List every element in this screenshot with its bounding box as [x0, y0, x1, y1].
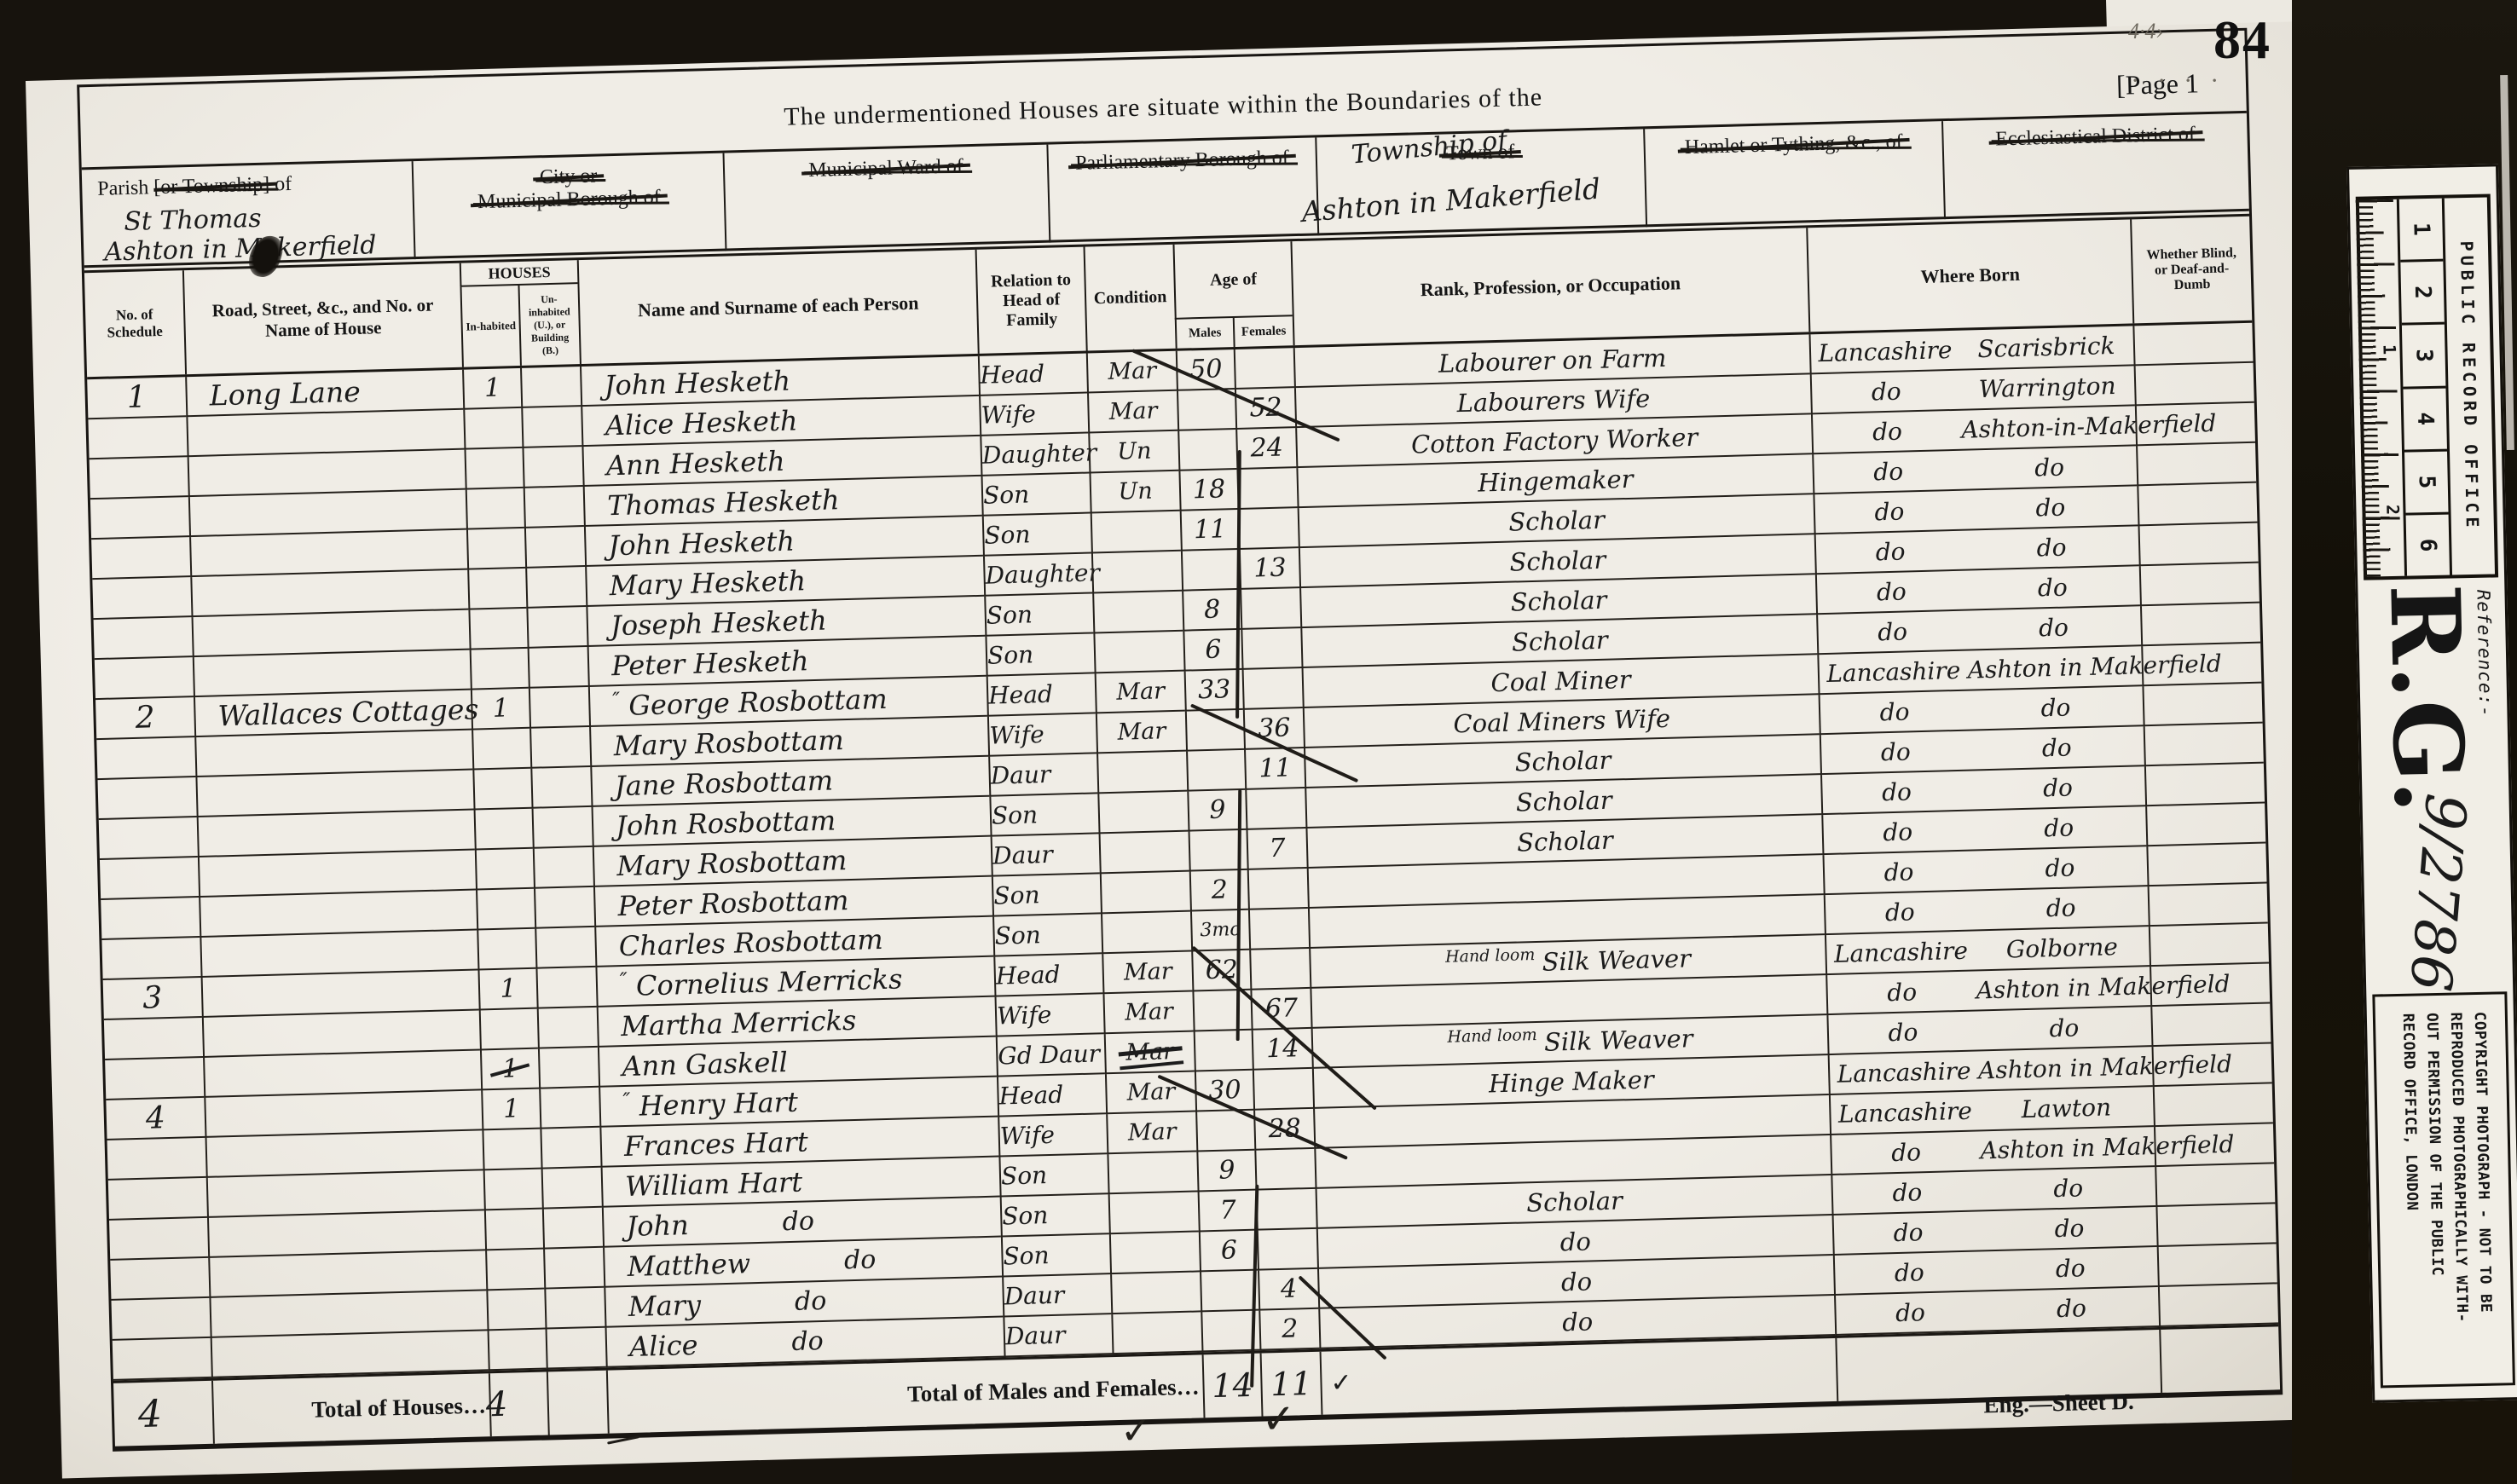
cell-blind — [2141, 644, 2261, 687]
schedule-number: 2 — [135, 700, 155, 736]
cell-uninhabited — [535, 927, 595, 969]
cell-age-female — [1254, 1149, 1315, 1191]
cell-schedule — [107, 1138, 206, 1181]
cell-schedule: 2 — [95, 697, 194, 740]
cell-uninhabited — [532, 807, 593, 849]
col-age-group: Age of — [1172, 241, 1292, 320]
condition: Mar — [1124, 958, 1172, 985]
born-place: do — [1965, 571, 2140, 603]
born-place: do — [1966, 611, 2141, 644]
cell-condition: Mar — [1102, 992, 1193, 1035]
cell-blind — [2155, 1204, 2276, 1247]
cell-inhabited — [483, 1169, 542, 1211]
census-page: The undermentioned Houses are situate wi… — [26, 21, 2336, 1478]
cell-age-female — [1249, 949, 1310, 990]
boundary-ward: Municipal Ward of — [722, 145, 1049, 251]
cell-relation: Gd Daur — [996, 1034, 1105, 1077]
cell-relation: Head — [997, 1074, 1106, 1117]
age-female: 4 — [1281, 1273, 1298, 1303]
ruler-box: PUBLIC RECORD OFFICE 1 2 3 4 5 6 1 2 — [2356, 193, 2498, 580]
cell-blind — [2152, 1043, 2272, 1087]
cell-schedule: 3 — [103, 978, 202, 1020]
check-mark: ✓ — [1120, 1409, 1152, 1453]
cell-age-male: 8 — [1182, 590, 1241, 632]
age-male: 9 — [1209, 794, 1226, 824]
born-county: Lancashire — [1819, 656, 1968, 689]
born-place: Warrington — [1960, 371, 2135, 403]
cell-inhabited — [466, 528, 525, 570]
cell-age-male — [1195, 1111, 1254, 1152]
condition: Mar — [1108, 357, 1156, 384]
cell-blind — [2135, 403, 2255, 447]
cell-inhabited — [475, 849, 534, 891]
born-county: do — [1821, 736, 1970, 769]
cell-schedule — [97, 777, 196, 820]
relation: Son — [994, 921, 1041, 950]
born-county: do — [1818, 616, 1967, 649]
cell-age-male: 6 — [1199, 1231, 1258, 1273]
cell-blind — [2140, 603, 2260, 647]
born-county: do — [1825, 857, 1974, 889]
cell-inhabited: 1 — [477, 969, 536, 1011]
cell-relation: Son — [992, 874, 1101, 916]
col-blind: Whether Blind, or Deaf-and-Dumb — [2130, 217, 2252, 324]
cell-blind — [2132, 323, 2253, 367]
cell-relation: Wife — [995, 994, 1104, 1036]
cell-relation: Wife — [979, 394, 1088, 436]
cell-inhabited — [470, 649, 529, 690]
cell-condition: Mar — [1087, 391, 1177, 434]
cell-age-female: 4 — [1258, 1269, 1318, 1311]
cell-condition — [1097, 792, 1188, 834]
cell-schedule — [101, 938, 200, 980]
col-inhabited: In-habited — [460, 286, 520, 367]
col-road: Road, Street, &c., and No. or Name of Ho… — [182, 263, 462, 374]
cell-condition: Mar — [1102, 952, 1192, 995]
relation: Wife — [997, 1001, 1052, 1031]
cell-inhabited — [472, 729, 530, 771]
cell-inhabited: 1 — [480, 1049, 539, 1091]
cell-total-check: ✓ — [1320, 1338, 1837, 1415]
cell-road — [194, 730, 472, 777]
cell-relation: Daur — [1003, 1314, 1112, 1357]
cell-road — [198, 851, 476, 898]
born-place: Lawton — [1979, 1092, 2154, 1124]
relation: Wife — [999, 1121, 1055, 1151]
cell-road — [186, 410, 464, 457]
cell-age-female: 14 — [1252, 1029, 1312, 1071]
surname-ditto: do — [795, 1286, 827, 1317]
cell-road — [200, 930, 477, 977]
born-county: do — [1814, 456, 1963, 488]
col-males: Males — [1175, 318, 1234, 349]
age-male: 18 — [1192, 474, 1225, 505]
person-name: Ann Hesketh — [606, 444, 785, 481]
occupation: Scholar — [1515, 785, 1612, 817]
occupation: Coal Miners Wife — [1453, 703, 1670, 738]
born-place: do — [1963, 491, 2138, 523]
cell-condition: Un — [1088, 431, 1178, 474]
cell-road — [195, 771, 473, 817]
person-name: Mary Rosbottam — [613, 724, 844, 762]
cell-road — [203, 1050, 481, 1097]
occupation: Hinge Maker — [1489, 1065, 1655, 1098]
born-place: do — [1969, 691, 2144, 724]
born-county: do — [1834, 1216, 1983, 1249]
born-county: do — [1813, 416, 1962, 448]
cell-schedule — [108, 1178, 207, 1221]
condition: Un — [1118, 478, 1153, 505]
cell-uninhabited — [525, 567, 586, 609]
cell-schedule — [109, 1218, 208, 1261]
person-name: Thomas Hesketh — [607, 483, 840, 522]
cell-blind — [2155, 1164, 2275, 1207]
cell-uninhabited — [529, 687, 589, 729]
person-name: William Hart — [625, 1165, 803, 1202]
occupation: Hingemaker — [1478, 464, 1634, 497]
cell-road — [202, 1010, 480, 1057]
cell-age-female — [1257, 1229, 1317, 1271]
cell-condition: Un — [1089, 471, 1179, 514]
occupation: Scholar — [1526, 1186, 1623, 1217]
cell-uninhabited — [528, 647, 588, 689]
boundary-ecclesiastical: Ecclesiastical District of — [1941, 113, 2249, 219]
cell-inhabited: 1 — [471, 689, 529, 730]
cell-age-male — [1194, 1031, 1253, 1072]
reference-section: Reference:- R.G. 9/2786 — [2364, 577, 2507, 987]
person-name: Mary Rosbottam — [616, 844, 848, 882]
cell-blind — [2142, 684, 2262, 727]
cell-relation: Wife — [998, 1114, 1107, 1157]
cell-relation: Son — [985, 633, 1094, 676]
cell-inhabited: 1 — [481, 1089, 540, 1131]
cell-total-houses-label: Total of Houses… — [211, 1373, 490, 1443]
person-name: Martha Merricks — [621, 1003, 857, 1042]
cell-total-spacer — [547, 1371, 608, 1435]
age-female: 13 — [1253, 552, 1287, 583]
person-name: Henry Hart — [639, 1085, 798, 1122]
surname-ditto: do — [782, 1206, 814, 1237]
age-male: 9 — [1218, 1155, 1235, 1185]
cell-schedule — [101, 898, 200, 940]
cell-uninhabited — [535, 967, 596, 1009]
born-place: do — [1974, 892, 2149, 924]
age-male: 6 — [1220, 1235, 1237, 1265]
cell-inhabited — [479, 1009, 538, 1051]
cell-schedule — [88, 417, 187, 459]
occupation: Scholar — [1517, 825, 1614, 857]
cell-relation: Son — [998, 1154, 1108, 1197]
cell-uninhabited — [530, 767, 591, 809]
ditto-mark: ″ — [622, 1088, 631, 1112]
cell-uninhabited — [522, 447, 582, 488]
cell-total-blind — [2159, 1326, 2280, 1393]
occupation: do — [1561, 1267, 1593, 1296]
born-place: Golborne — [1975, 932, 2150, 964]
cell-age-female — [1247, 869, 1308, 910]
col-schedule: No. of Schedule — [84, 270, 185, 377]
relation: Daughter — [981, 438, 1096, 470]
cell-age-male: 9 — [1196, 1151, 1255, 1192]
cell-condition — [1091, 511, 1181, 554]
relation: Son — [1001, 1161, 1048, 1190]
occupation: Scholar — [1509, 545, 1606, 576]
cell-road — [201, 970, 479, 1017]
cell-road — [208, 1250, 486, 1297]
cell-age-male — [1177, 390, 1235, 431]
town-handwritten-2: Ashton in Makerfield — [1300, 172, 1601, 228]
relation: Son — [993, 881, 1040, 909]
cell-age-male — [1177, 430, 1236, 471]
cell-condition — [1111, 1312, 1201, 1354]
cell-born: dodo — [1834, 1287, 2159, 1336]
born-county: do — [1831, 1136, 1981, 1169]
cell-total-houses-value: 4 — [489, 1372, 548, 1437]
cell-blind — [2136, 443, 2256, 487]
cell-condition — [1109, 1232, 1200, 1274]
census-table: The undermentioned Houses are situate wi… — [77, 28, 2283, 1452]
cell-age-female — [1253, 1069, 1313, 1111]
born-place: do — [1970, 731, 2144, 764]
cell-blind — [2153, 1083, 2273, 1127]
born-place: do — [1983, 1252, 2158, 1285]
person-name: Joseph Hesketh — [610, 603, 827, 642]
col-name: Name and Surname of each Person — [577, 250, 978, 364]
cell-age-male: 50 — [1176, 349, 1235, 391]
cell-age-female — [1241, 628, 1301, 670]
relation: Gd Daur — [998, 1039, 1101, 1070]
age-male: 11 — [1194, 514, 1227, 545]
cell-age-male — [1192, 990, 1251, 1032]
cell-uninhabited — [524, 527, 585, 569]
occupation: Coal Miner — [1490, 664, 1631, 696]
cell-uninhabited — [540, 1128, 600, 1169]
born-county: do — [1822, 777, 1971, 809]
cell-age-female: 24 — [1235, 428, 1296, 470]
relation: Son — [1003, 1241, 1050, 1270]
surname-ditto: do — [791, 1326, 824, 1357]
ditto-mark: ″ — [612, 688, 621, 712]
born-place: do — [1962, 451, 2137, 483]
cell-inhabited — [477, 929, 535, 971]
cell-road — [197, 811, 475, 857]
cell-schedule — [113, 1338, 211, 1381]
cell-relation: Son — [982, 513, 1091, 556]
cell-relation: Head — [987, 673, 1096, 716]
cell-condition — [1101, 912, 1191, 955]
cell-total-mf-label: Total of Males and Females… — [606, 1354, 1204, 1433]
condition: Mar — [1125, 1038, 1174, 1065]
cell-uninhabited — [544, 1288, 605, 1330]
cell-condition: Mar — [1104, 1032, 1195, 1075]
cell-road — [190, 570, 468, 617]
occupation: Silk Weaver — [1542, 944, 1691, 977]
occupation: Silk Weaver — [1544, 1024, 1693, 1057]
table-rows: 1Long Lane1John HeskethHeadMar50Labourer… — [87, 323, 2278, 1381]
occupation: Scholar — [1510, 585, 1607, 616]
relation: Son — [992, 800, 1039, 829]
age-female: 7 — [1269, 834, 1286, 863]
born-county: do — [1817, 576, 1966, 609]
cell-condition — [1096, 752, 1187, 794]
born-county: do — [1832, 1176, 1982, 1209]
sheet-label: Eng.—Sheet D. — [1983, 1389, 2134, 1419]
struck-or-township: or Township] — [160, 174, 270, 199]
born-county: Lancashire — [1830, 1056, 1979, 1088]
relation: Daur — [1005, 1321, 1066, 1351]
age-female: 11 — [1258, 753, 1292, 783]
cell-road — [211, 1331, 489, 1377]
cell-uninhabited — [534, 887, 594, 929]
occupation: Cotton Factory Worker — [1411, 422, 1698, 459]
cell-uninhabited — [539, 1088, 599, 1129]
cell-uninhabited — [542, 1208, 603, 1250]
cell-uninhabited — [524, 487, 584, 528]
cell-relation: Daughter — [983, 553, 1092, 596]
age-female: 24 — [1250, 433, 1283, 464]
cell-schedule — [95, 657, 194, 700]
col-relation: Relation to Head of Family — [975, 247, 1086, 354]
cell-schedule — [94, 617, 193, 660]
cell-schedule — [90, 497, 189, 540]
cell-relation: Daur — [1002, 1274, 1111, 1317]
relation: Head — [998, 1081, 1063, 1111]
cell-schedule — [91, 537, 190, 580]
inhabited-mark: 1 — [484, 373, 501, 403]
born-place: do — [1976, 1012, 2151, 1044]
cell-inhabited — [463, 408, 522, 450]
cell-schedule — [110, 1258, 209, 1301]
cell-uninhabited — [538, 1048, 599, 1089]
born-county: Lancashire — [1811, 336, 1960, 368]
cell-road — [188, 450, 466, 497]
relation: Head — [995, 961, 1060, 990]
relation: Daughter — [985, 558, 1100, 590]
cell-uninhabited — [541, 1168, 602, 1210]
cell-road — [209, 1291, 487, 1337]
pro-reference-card-inner: PUBLIC RECORD OFFICE 1 2 3 4 5 6 1 2 Ref… — [2346, 164, 2517, 1402]
relation: Daur — [992, 840, 1053, 870]
cell-blind — [2158, 1284, 2278, 1327]
cell-relation: Head — [978, 354, 1087, 396]
cell-blind — [2150, 1003, 2271, 1047]
cell-age-female — [1248, 909, 1309, 950]
cell-blind — [2146, 844, 2266, 887]
age-male: 8 — [1204, 595, 1221, 625]
cell-age-male — [1200, 1271, 1258, 1313]
age-female: 67 — [1264, 993, 1298, 1024]
pencil-dots: · · · · — [2132, 66, 2225, 95]
schedule-number: 4 — [145, 1100, 165, 1136]
col-occupation: Rank, Profession, or Occupation — [1290, 228, 1808, 345]
pro-reference-card: PUBLIC RECORD OFFICE 1 2 3 4 5 6 1 2 Ref… — [2346, 164, 2517, 1402]
cell-schedule — [96, 737, 195, 780]
cell-road — [205, 1130, 483, 1177]
ruler-number: 1 — [2399, 199, 2444, 263]
cell-schedule — [90, 457, 188, 499]
occupation: do — [1562, 1307, 1594, 1337]
cell-schedule — [99, 817, 198, 860]
cell-blind — [2144, 764, 2265, 807]
condition: Mar — [1117, 718, 1166, 745]
born-county: Lancashire — [1831, 1096, 1980, 1129]
relation: Son — [986, 600, 1033, 629]
cell-inhabited — [488, 1330, 547, 1371]
pencil-mark: 4·4› — [2128, 19, 2163, 44]
schedule-number: 1 — [126, 379, 147, 415]
person-name: John Hesketh — [608, 524, 795, 562]
born-county: do — [1820, 696, 1970, 729]
ruler-numbers: 1 2 3 4 5 6 — [2397, 199, 2450, 576]
cell-blind — [2144, 724, 2264, 767]
person-name: Frances Hart — [623, 1125, 808, 1163]
cell-total-schedule: 4 — [113, 1381, 213, 1446]
ruler-number: 6 — [2406, 514, 2450, 575]
cell-condition: Mar — [1105, 1072, 1195, 1115]
occupation-prefix: Hand loom — [1445, 947, 1536, 965]
cell-blind — [2149, 923, 2269, 967]
cell-blind — [2150, 963, 2270, 1007]
born-county: do — [1816, 536, 1965, 569]
born-place: do — [1971, 811, 2146, 844]
cell-relation: Wife — [987, 713, 1096, 756]
occupation: Scholar — [1514, 745, 1611, 777]
cell-road — [188, 490, 466, 537]
cell-blind — [2138, 523, 2259, 567]
cell-uninhabited — [529, 727, 590, 769]
cell-blind — [2145, 804, 2265, 847]
cell-inhabited — [482, 1129, 541, 1171]
person-name: Matthew — [627, 1247, 750, 1283]
cell-road — [193, 650, 471, 697]
inhabited-mark: 1 — [503, 1094, 520, 1123]
surname-ditto: do — [844, 1244, 877, 1275]
cell-inhabited — [476, 889, 535, 931]
col-condition: Condition — [1084, 245, 1176, 351]
cell-age-female — [1234, 348, 1294, 390]
schedule-number: 3 — [142, 980, 163, 1016]
cell-age-female — [1240, 588, 1300, 630]
cell-condition: Mar — [1086, 351, 1177, 394]
reference-number: 9/2786 — [2397, 791, 2479, 994]
cell-relation: Head — [993, 954, 1102, 996]
boundary-parish: Parish [or Township] of St Thomas Ashton… — [82, 161, 414, 268]
cell-condition — [1091, 551, 1182, 594]
cell-relation: Son — [992, 914, 1102, 956]
cell-condition — [1093, 632, 1183, 674]
col-houses-group: HOUSES — [460, 260, 578, 287]
relation: Daur — [990, 760, 1050, 790]
reference-series: R.G. — [2368, 583, 2485, 816]
cell-age-male — [1181, 550, 1240, 592]
born-county: do — [1836, 1296, 1985, 1329]
archive-page-number: 84 — [2213, 9, 2271, 72]
relation: Head — [980, 360, 1044, 390]
cell-relation: Son — [981, 474, 1091, 517]
occupation: Labourer on Farm — [1438, 343, 1667, 378]
cell-age-female: 13 — [1239, 548, 1299, 590]
boundary-city: City or Municipal Borough of — [412, 153, 726, 260]
inhabited-mark: 1 — [500, 973, 517, 1003]
cell-age-female — [1242, 668, 1303, 710]
relation: Head — [988, 680, 1053, 710]
boundary-town: Town of Township of Ashton in Makerfield — [1315, 129, 1646, 235]
born-county: do — [1823, 817, 1972, 849]
person-name: George Rosbottam — [628, 682, 888, 721]
cell-inhabited — [467, 569, 526, 610]
cell-road — [199, 891, 477, 938]
cell-road — [207, 1210, 485, 1257]
